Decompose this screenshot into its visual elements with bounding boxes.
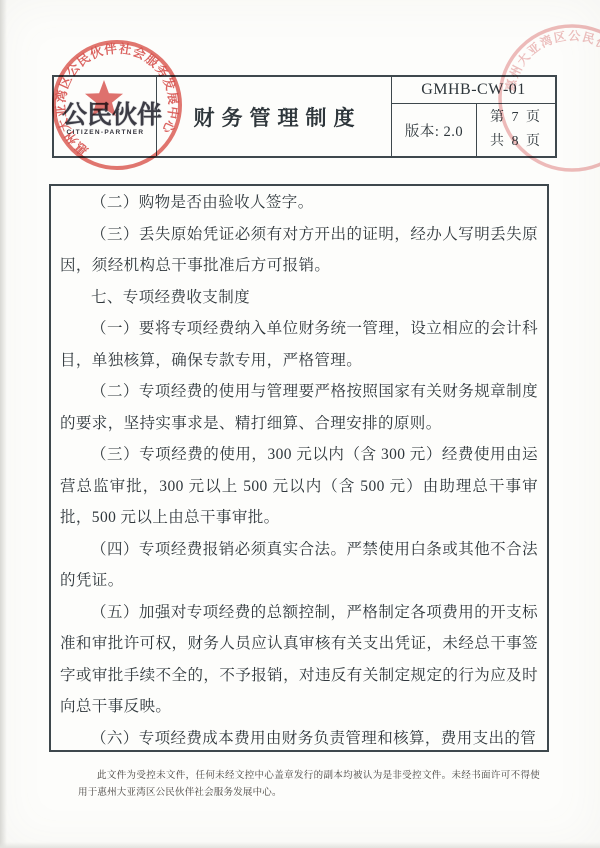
body-paragraph: （五）加强对专项经费的总额控制，严格制定各项费用的开支标准和审批许可权，财务人员… <box>60 597 538 723</box>
doc-version: 版本: 2.0 <box>392 104 477 156</box>
body-paragraph: （一）要将专项经费纳入单位财务统一管理，设立相应的会计科目，单独核算，确保专款专… <box>60 313 538 376</box>
org-logo-text: 公民伙伴 <box>62 95 154 131</box>
org-logo-subtitle: CITIZEN-PARTNER <box>54 129 157 136</box>
body-paragraph: （二）购物是否由验收人签字。 <box>60 187 538 219</box>
scan-edge-shadow-left <box>0 0 7 848</box>
page-indicator: 第 7 页 共 8 页 <box>477 104 555 156</box>
header-right-column: GMHB-CW-01 版本: 2.0 第 7 页 共 8 页 <box>392 77 555 156</box>
body-paragraph: （三）丢失原始凭证必须有对方开出的证明，经办人写明丢失原因，须经机构总干事批准后… <box>60 219 538 282</box>
body-paragraph: （三）专项经费的使用，300 元以内（含 300 元）经费使用由运营总监审批，3… <box>60 439 538 534</box>
logo-cell: 公民伙伴 CITIZEN-PARTNER <box>54 77 157 156</box>
doc-code: GMHB-CW-01 <box>392 77 555 104</box>
body-paragraph: （四）专项经费报销必须真实合法。严禁使用白条或其他不合法的凭证。 <box>60 534 538 597</box>
page-total: 共 8 页 <box>490 130 542 154</box>
footer-note: 此文件为受控未文件，任何未经文控中心盖章发行的副本均被认为是非受控文件。未经书面… <box>78 768 540 802</box>
body-paragraph: （六）专项经费成本费用由财务负责管理和核算，费用支出的管 <box>60 723 538 753</box>
body-paragraph: 七、专项经费收支制度 <box>60 282 538 314</box>
page-current: 第 7 页 <box>490 106 542 130</box>
body-paragraph: （二）专项经费的使用与管理要严格按照国家有关财务规章制度的要求，坚持实事求是、精… <box>60 376 538 439</box>
document-body: （二）购物是否由验收人签字。（三）丢失原始凭证必须有对方开出的证明，经办人写明丢… <box>49 184 549 752</box>
doc-title: 财务管理制度 <box>157 77 392 156</box>
document-page: 公民伙伴 CITIZEN-PARTNER 财务管理制度 GMHB-CW-01 版… <box>0 0 600 848</box>
header-right-bottom: 版本: 2.0 第 7 页 共 8 页 <box>392 104 555 156</box>
scan-edge-shadow-bottom <box>0 842 600 848</box>
header-table: 公民伙伴 CITIZEN-PARTNER 财务管理制度 GMHB-CW-01 版… <box>52 75 557 158</box>
